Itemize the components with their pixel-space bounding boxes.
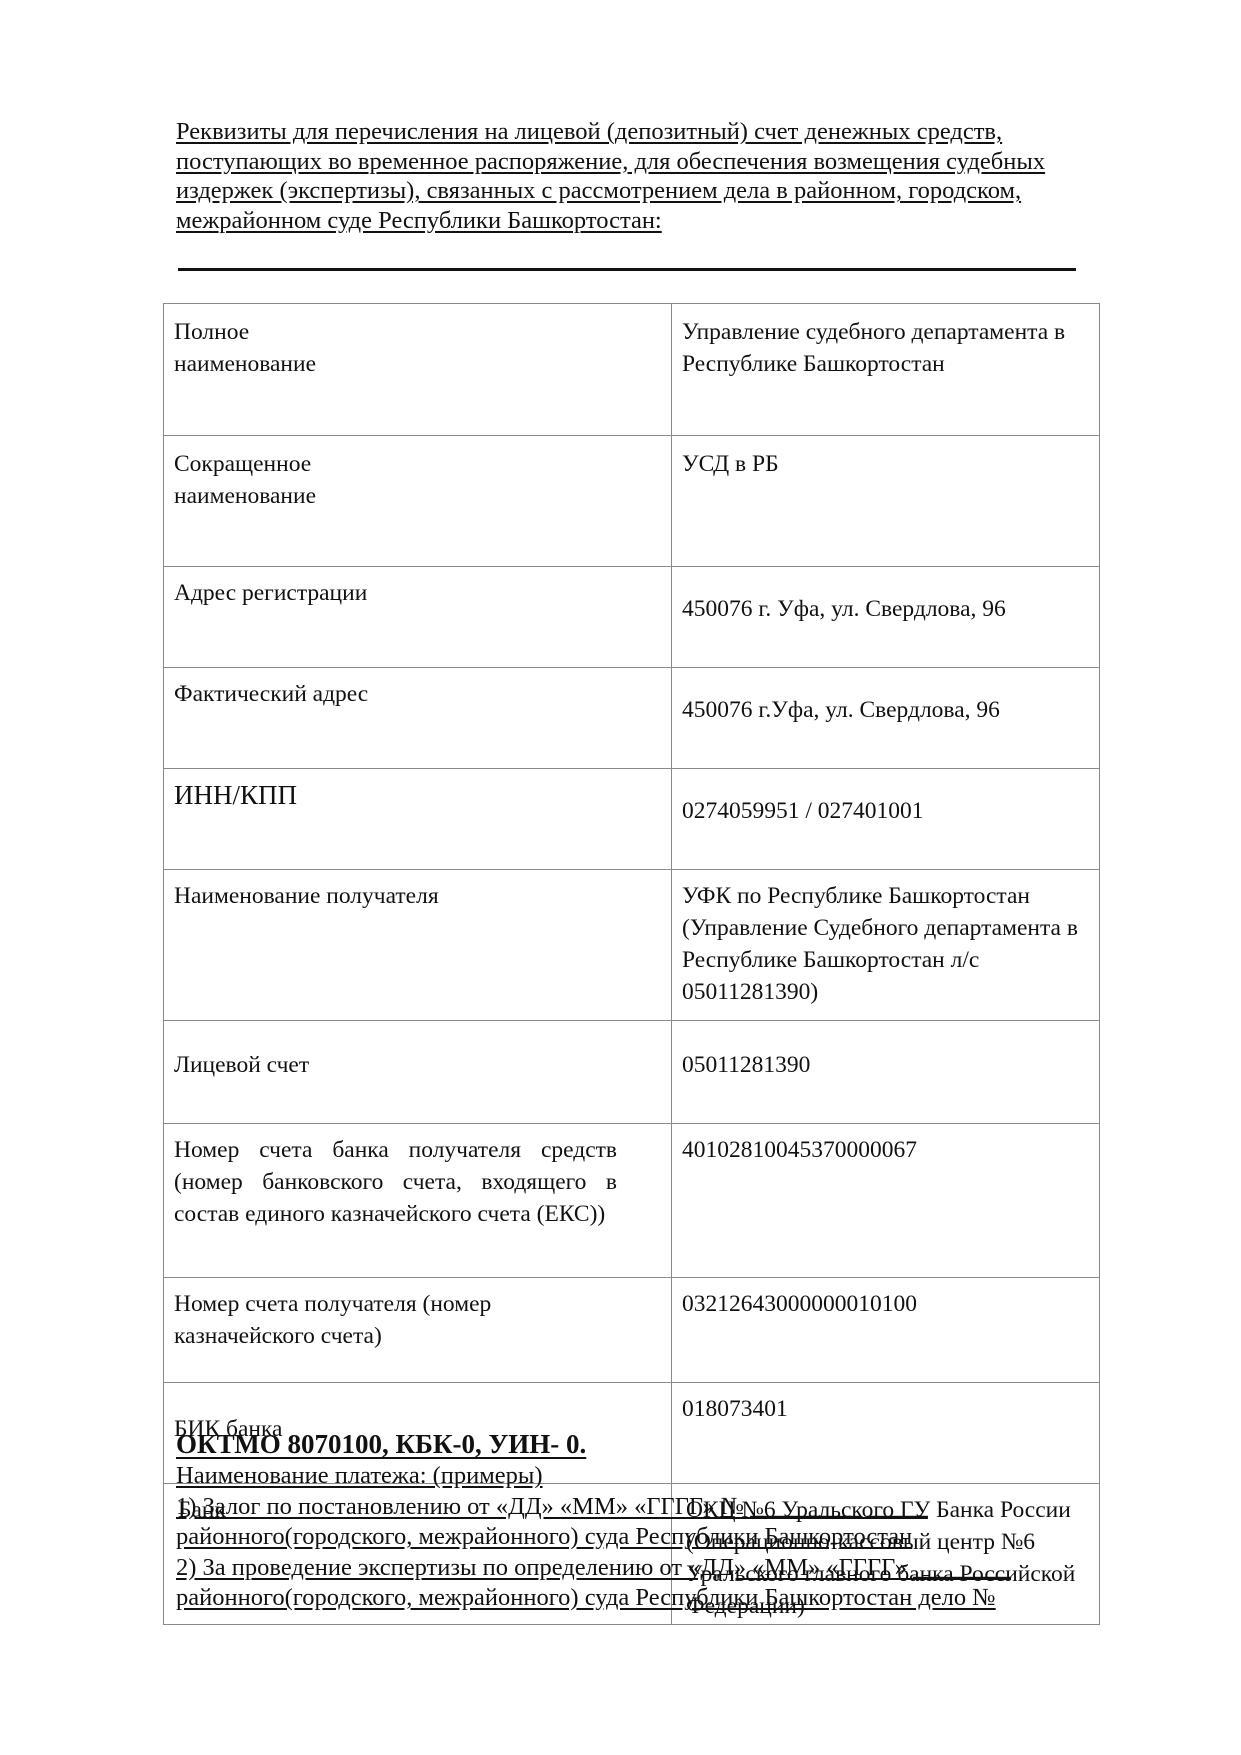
- table-row: Номер счета банка получателя средств (но…: [164, 1124, 1100, 1278]
- field-value: 03212643000000010100: [672, 1278, 1100, 1383]
- table-row: Наименование получателяУФК по Республике…: [164, 870, 1100, 1021]
- field-label-line: Лицевой счет: [174, 1049, 659, 1081]
- example-1-line-1: 1) Залог по постановлению от «ДД» «ММ» «…: [176, 1492, 1136, 1523]
- field-value-line: 40102810045370000067: [682, 1134, 1087, 1166]
- field-label-line: ИНН/КПП: [174, 779, 659, 811]
- field-value-line: 0274059951 / 027401001: [682, 795, 1087, 827]
- field-label: Фактический адрес: [164, 668, 672, 769]
- intro-line: поступающих во временное распоряжение, д…: [176, 147, 1156, 177]
- payment-heading: Наименование платежа: (примеры): [176, 1461, 1136, 1492]
- field-label: Сокращенноенаименование: [164, 436, 672, 567]
- horizontal-rule: [178, 268, 1076, 271]
- field-label: Адрес регистрации: [164, 567, 672, 668]
- field-value-line: (Управление Судебного департамента в: [682, 912, 1087, 944]
- table-row: Номер счета получателя (номерказначейско…: [164, 1278, 1100, 1383]
- field-label: Полноенаименование: [164, 304, 672, 436]
- field-value: Управление судебного департамента вРеспу…: [672, 304, 1100, 436]
- example-2-line-2: районного(городского, межрайонного) суда…: [176, 1583, 1136, 1614]
- field-value-line: 05011281390: [682, 1049, 1087, 1081]
- field-label-line: казначейского счета): [174, 1320, 659, 1352]
- field-label: Номер счета получателя (номерказначейско…: [164, 1278, 672, 1383]
- field-value: 450076 г. Уфа, ул. Свердлова, 96: [672, 567, 1100, 668]
- field-label-line: Номер счета получателя (номер: [174, 1288, 659, 1320]
- field-value: 0274059951 / 027401001: [672, 769, 1100, 870]
- field-value-line: Республике Башкортостан л/с: [682, 944, 1087, 976]
- field-label-line: Полное: [174, 316, 659, 348]
- intro-line: Реквизиты для перечисления на лицевой (д…: [176, 117, 1156, 147]
- field-label-line: Наименование получателя: [174, 880, 659, 912]
- field-value: 40102810045370000067: [672, 1124, 1100, 1278]
- field-label-line: Фактический адрес: [174, 678, 659, 710]
- payment-codes: ОКТМО 8070100, КБК-0, УИН- 0.: [176, 1427, 1136, 1461]
- field-value-line: 05011281390): [682, 976, 1087, 1008]
- table-row: СокращенноенаименованиеУСД в РБ: [164, 436, 1100, 567]
- table-row: Фактический адрес450076 г.Уфа, ул. Сверд…: [164, 668, 1100, 769]
- field-value-line: УФК по Республике Башкортостан: [682, 880, 1087, 912]
- intro-line: межрайонном суде Республики Башкортостан…: [176, 206, 1156, 236]
- field-label: Наименование получателя: [164, 870, 672, 1021]
- table-row: ИНН/КПП0274059951 / 027401001: [164, 769, 1100, 870]
- table-row: Лицевой счет05011281390: [164, 1021, 1100, 1124]
- field-value: 05011281390: [672, 1021, 1100, 1124]
- payment-info: ОКТМО 8070100, КБК-0, УИН- 0. Наименован…: [176, 1427, 1136, 1614]
- field-value: УСД в РБ: [672, 436, 1100, 567]
- table-row: Адрес регистрации450076 г. Уфа, ул. Свер…: [164, 567, 1100, 668]
- field-label: ИНН/КПП: [164, 769, 672, 870]
- field-label-line: Сокращенное: [174, 448, 659, 480]
- example-1-line-2: районного(городского, межрайонного) суда…: [176, 1522, 1136, 1553]
- field-label: Номер счета банка получателя средств (но…: [164, 1124, 672, 1278]
- field-value-line: Управление судебного департамента в: [682, 316, 1087, 348]
- field-label-line: Номер счета банка получателя средств (но…: [174, 1134, 617, 1230]
- field-value-line: 450076 г.Уфа, ул. Свердлова, 96: [682, 694, 1087, 726]
- intro-paragraph: Реквизиты для перечисления на лицевой (д…: [176, 117, 1156, 235]
- field-label-line: Адрес регистрации: [174, 577, 659, 609]
- field-value: 450076 г.Уфа, ул. Свердлова, 96: [672, 668, 1100, 769]
- intro-line: издержек (экспертизы), связанных с рассм…: [176, 176, 1156, 206]
- field-value-line: 450076 г. Уфа, ул. Свердлова, 96: [682, 593, 1087, 625]
- example-2-line-1: 2) За проведение экспертизы по определен…: [176, 1553, 1136, 1584]
- field-value: УФК по Республике Башкортостан(Управлени…: [672, 870, 1100, 1021]
- field-value-line: 03212643000000010100: [682, 1288, 1087, 1320]
- field-value-line: УСД в РБ: [682, 448, 1087, 480]
- table-row: ПолноенаименованиеУправление судебного д…: [164, 304, 1100, 436]
- field-value-line: 018073401: [682, 1393, 1087, 1425]
- field-label: Лицевой счет: [164, 1021, 672, 1124]
- field-value-line: Республике Башкортостан: [682, 348, 1087, 380]
- field-label-line: наименование: [174, 480, 659, 512]
- field-label-line: наименование: [174, 348, 659, 380]
